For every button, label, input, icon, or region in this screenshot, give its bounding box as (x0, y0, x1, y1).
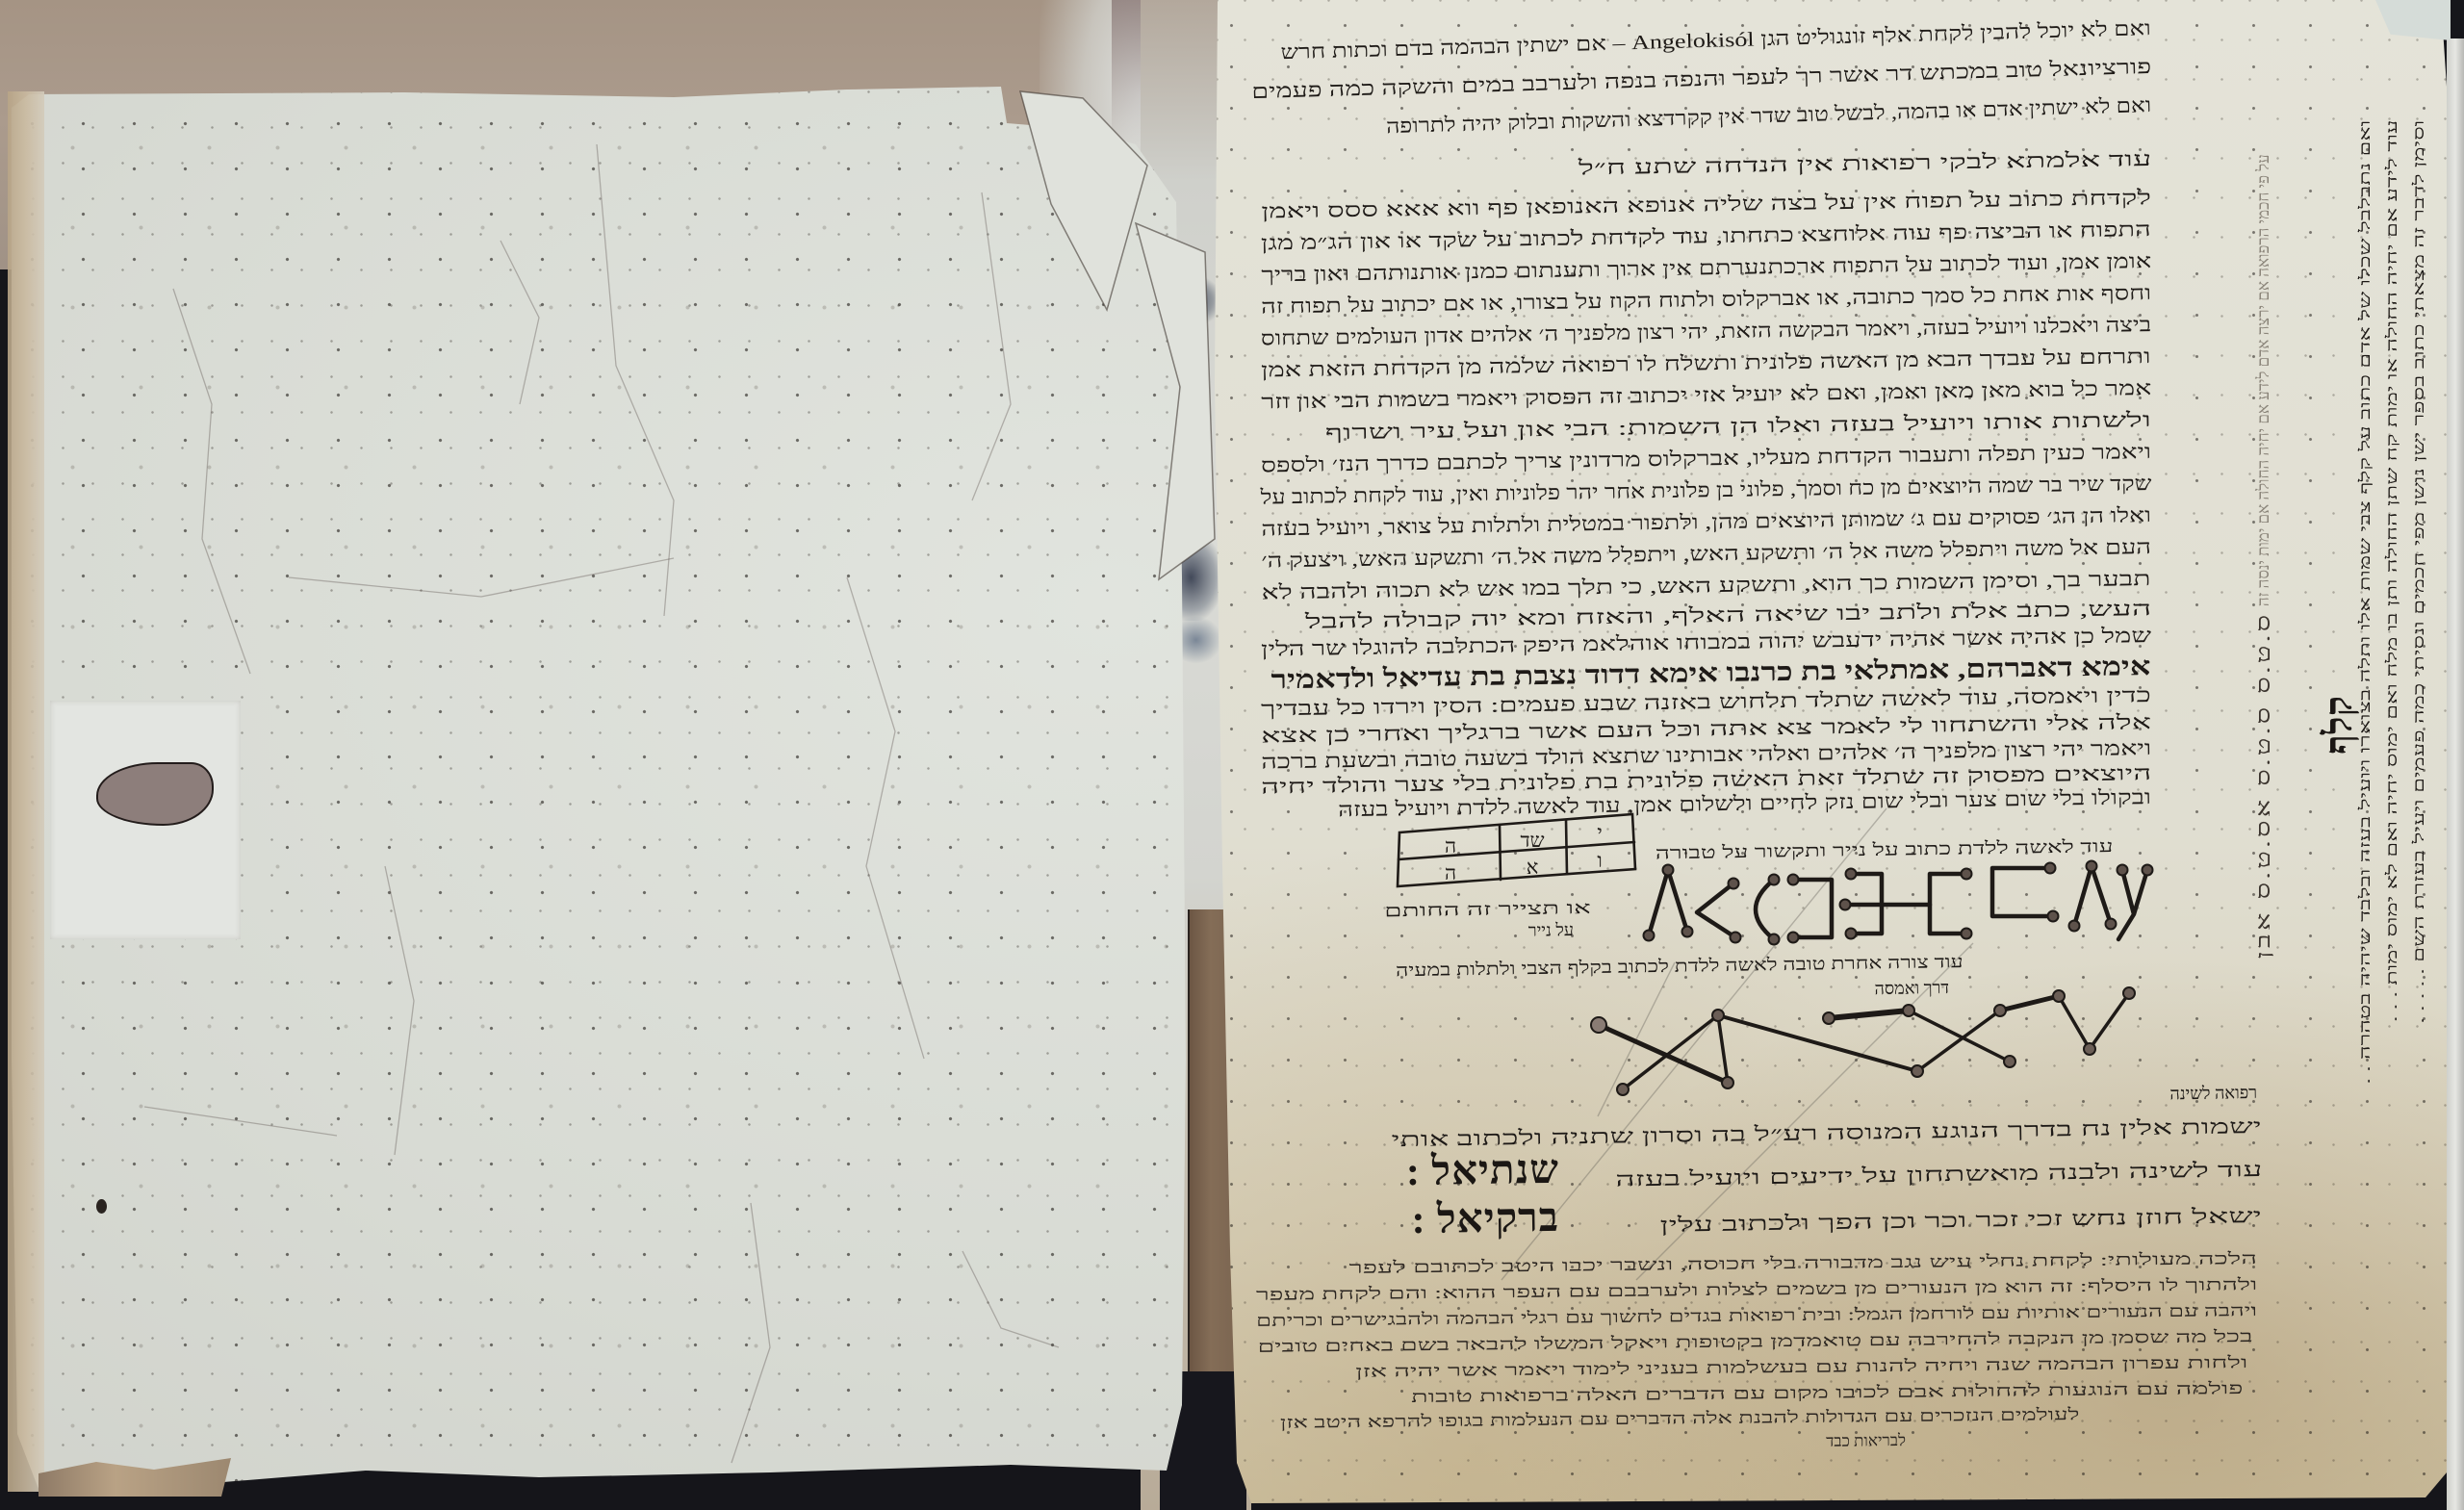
amulet-table: ה שד י ה א ו (1386, 806, 1646, 898)
sigil-stroke (1623, 1015, 1718, 1089)
sigil-stroke (1829, 1011, 1909, 1018)
table-cell: שד (1521, 829, 1545, 852)
margin-symbol-text: ס.ט.ס ס.ט.ס אס.ט.ס אבן (2253, 612, 2274, 959)
margin-big-letters: קלף (2317, 696, 2361, 802)
table-caption-text: על נייר (1528, 917, 1575, 943)
seal-glyph-lambda-icon (2074, 866, 2111, 926)
sigil-stroke (1909, 1011, 2010, 1062)
angel-name-shantiel: שנתיאל : (1391, 1146, 1560, 1196)
seal-glyph-ayin-icon (2118, 870, 2147, 939)
margin-faint-text: על פי חכמי הרפואה אם ירצה אדם לידע אם יח… (2254, 154, 2273, 606)
seal-glyph-c-icon (1756, 880, 1774, 939)
margin-micro-text: עוד לידע אם יחיה החולה או ימות קח שתן הח… (2384, 120, 2401, 1022)
margin-micro-column: ואם נתבלבל שכלו של אדם כתוב על קלף צבי ש… (2357, 120, 2374, 1448)
seal-glyph-angle-icon (1697, 883, 1735, 937)
margin-micro-text: ואם נתבלבל שכלו של אדם כתוב על קלף צבי ש… (2357, 120, 2374, 1085)
seal-glyph-lambda-icon (1649, 870, 1687, 935)
table-cell: א (1527, 856, 1539, 879)
margin-micro-column: עוד לידע אם יחיה החולה או ימות קח שתן הח… (2384, 120, 2401, 1448)
sigil-stroke (2090, 993, 2129, 1049)
sigil-stroke (1599, 1025, 1728, 1083)
manuscript-photo: ואם לא יוכל להבין לקחת אלף זונגוליט הגן … (0, 0, 2464, 1510)
seal-glyph-row (1641, 857, 2151, 948)
sigil-stroke (2059, 996, 2090, 1049)
margin-big-letters-text: קלף (2317, 696, 2361, 755)
table-cell: ה (1445, 861, 1456, 884)
table-col-divider (1500, 825, 1501, 880)
bottom-paragraph-line: לבריאות כבד (1578, 1430, 1906, 1455)
margin-micro-column: וסימן לדבר זה מצאתי כתוב בספר ישן נושן מ… (2411, 120, 2428, 1458)
sigil-stroke (1718, 1015, 1728, 1083)
margin-faint-column: על פי חכמי הרפואה אם ירצה אדם לידע אם יח… (2254, 154, 2273, 606)
margin-symbol-column: ס.ט.ס ס.ט.ס אס.ט.ס אבן (2253, 612, 2274, 959)
sigil-stroke (2000, 996, 2059, 1011)
seal-glyph-reversed-e-icon (1845, 874, 1930, 934)
bottom-line-text: לבריאות כבד (1826, 1430, 1906, 1452)
magic-sigil (1578, 982, 2156, 1107)
seal-glyph-e-icon (1930, 874, 1966, 934)
seal-glyph-square-icon (1793, 880, 1832, 937)
sigil-stroke (1718, 1015, 1917, 1071)
sigil-rings (1591, 987, 2135, 1095)
table-cell: י (1597, 821, 1603, 844)
table-cell: ו (1597, 849, 1602, 872)
margin-micro-text: וסימן לדבר זה מצאתי כתוב בספר ישן נושן מ… (2411, 120, 2428, 1024)
sleep-remedy-title: רפואה לשינה (2156, 1080, 2257, 1107)
seal-glyph-open-bracket-icon (1992, 868, 2053, 916)
angel-name-barkiel: ברקיאל : (1400, 1194, 1560, 1244)
table-col-divider (1566, 820, 1567, 874)
table-caption: על נייר (1501, 917, 1574, 943)
sleep-remedy-title-text: רפואה לשינה (2169, 1080, 2257, 1106)
table-cell: ה (1445, 834, 1456, 857)
